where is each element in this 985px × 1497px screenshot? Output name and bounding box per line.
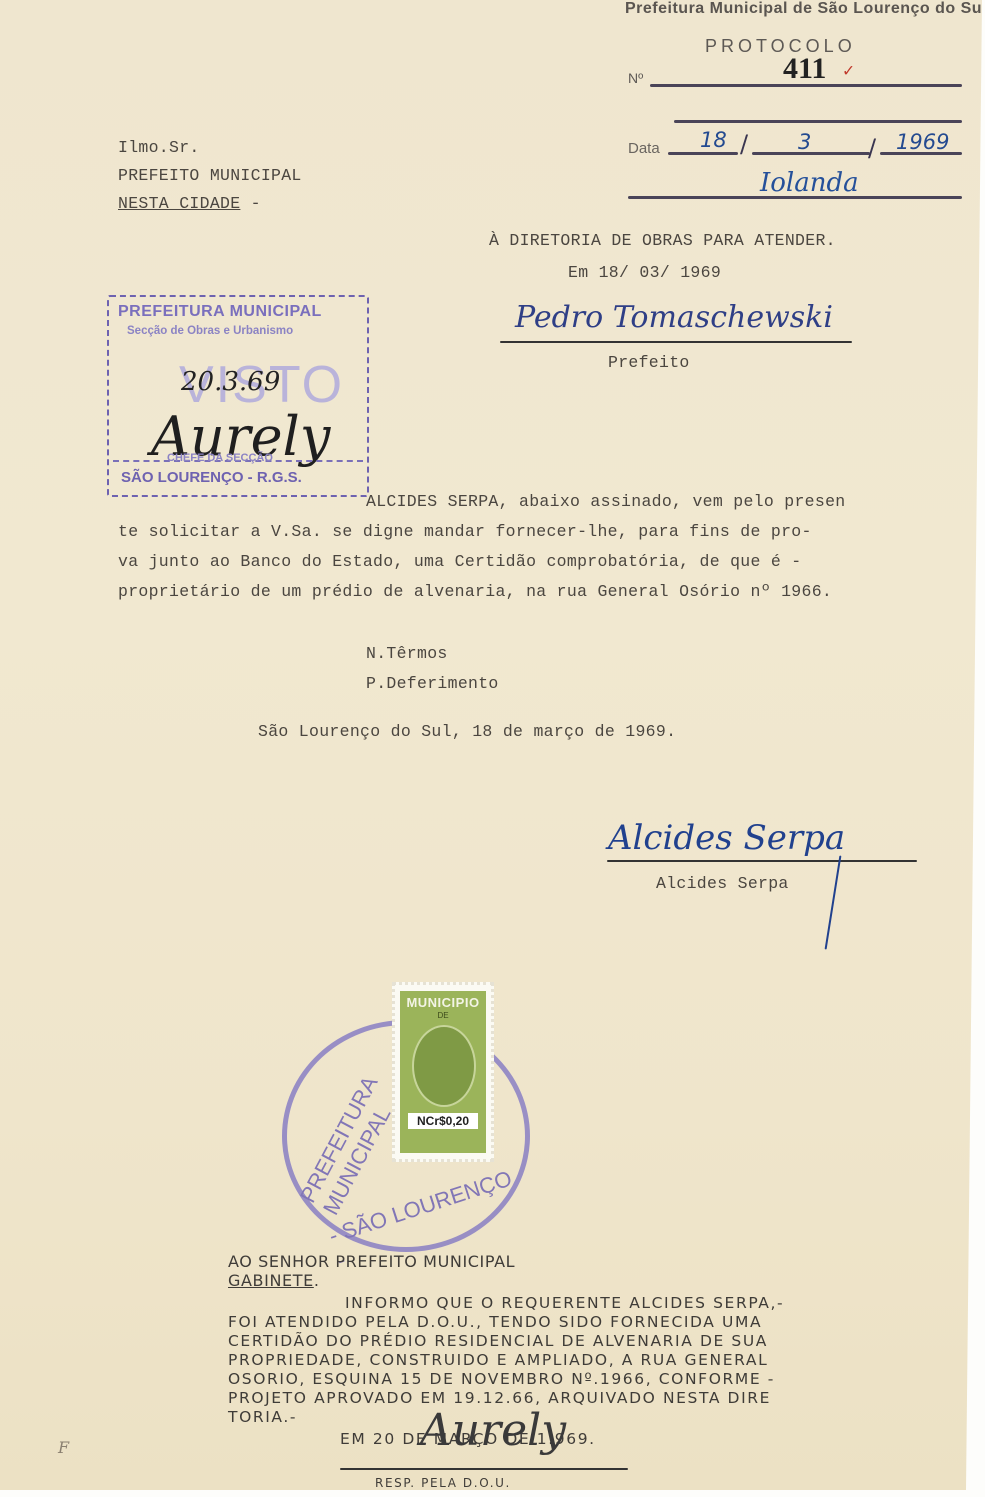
revenue-stamp-face: MUNICIPIO DE NCr$0,20: [400, 991, 486, 1153]
revenue-stamp-value: NCr$0,20: [408, 1113, 478, 1129]
reply-line-5: OSORIO, ESQUINA 15 DE NOVEMBRO Nº.1966, …: [228, 1370, 775, 1388]
protocol-rule-number: [650, 84, 962, 87]
protocol-date-year: 1969: [896, 130, 949, 154]
protocol-number-label: Nº: [628, 70, 643, 86]
margin-mark: F: [58, 1438, 69, 1457]
reply-line-7: TORIA.-: [228, 1408, 297, 1426]
revenue-stamp-de: DE: [400, 1011, 486, 1020]
reply-line-2: FOI ATENDIDO PELA D.O.U., TENDO SIDO FOR…: [228, 1313, 762, 1331]
reply-line-3: CERTIDÃO DO PRÉDIO RESIDENCIAL DE ALVENA…: [228, 1332, 768, 1350]
protocol-title: PROTOCOLO: [705, 36, 856, 57]
visto-chief-label: CHEFE DA SECÇÃO: [167, 452, 273, 464]
reply-signature: Aurely: [420, 1405, 566, 1456]
signature-stroke: [825, 855, 842, 949]
petition-line-4: proprietário de um prédio de alvenaria, …: [118, 582, 832, 601]
visto-handwritten-date: 20.3.69: [181, 367, 280, 397]
closing-termos: N.Têrmos: [366, 644, 448, 663]
mayor-signature-line: [500, 341, 852, 343]
protocol-stamp-header: Prefeitura Municipal de São Lourenço do …: [625, 0, 985, 18]
petitioner-signature: Alcides Serpa: [608, 818, 845, 858]
protocol-date-label: Data: [628, 140, 660, 157]
addressee-salutation: Ilmo.Sr.: [118, 138, 200, 157]
visto-stamp: PREFEITURA MUNICIPAL Secção de Obras e U…: [107, 295, 369, 497]
protocol-rule-blank: [674, 120, 962, 123]
reply-office: GABINETE.: [228, 1271, 320, 1290]
mayor-signature: Pedro Tomaschewski: [515, 300, 833, 335]
reply-line-1: INFORMO QUE O REQUERENTE ALCIDES SERPA,-: [345, 1294, 784, 1312]
closing-deferimento: P.Deferimento: [366, 674, 499, 693]
petition-line-1: ALCIDES SERPA, abaixo assinado, vem pelo…: [366, 492, 845, 511]
petitioner-name: Alcides Serpa: [656, 874, 789, 893]
petition-line-2: te solicitar a V.Sa. se digne mandar for…: [118, 522, 812, 541]
dispatch-instruction: À DIRETORIA DE OBRAS PARA ATENDER.: [489, 231, 836, 250]
place-and-date: São Lourenço do Sul, 18 de março de 1969…: [258, 722, 676, 741]
addressee-dash: -: [240, 194, 260, 213]
date-separator: /: [740, 130, 748, 158]
addressee-city: NESTA CIDADE: [118, 194, 240, 213]
document-page: Prefeitura Municipal de São Lourenço do …: [0, 0, 983, 1490]
petition-line-3: va junto ao Banco do Estado, uma Certidã…: [118, 552, 802, 571]
visto-stamp-title: PREFEITURA MUNICIPAL: [118, 303, 322, 321]
check-mark-icon: ✓: [843, 60, 854, 82]
protocol-number: 411: [783, 52, 826, 86]
protocol-rule-bottom: [628, 196, 962, 199]
reply-line-4: PROPRIEDADE, CONSTRUIDO E AMPLIADO, A RU…: [228, 1351, 768, 1369]
protocol-receiver-signature: Iolanda: [760, 168, 859, 198]
reply-office-name: GABINETE: [228, 1271, 314, 1290]
reply-addressee: AO SENHOR PREFEITO MUNICIPAL: [228, 1252, 515, 1271]
reply-signer-title: RESP. PELA D.O.U.: [375, 1476, 511, 1490]
protocol-rule-day: [668, 152, 738, 155]
visto-stamp-city: SÃO LOURENÇO - R.G.S.: [121, 469, 302, 486]
reply-signature-line: [340, 1468, 628, 1470]
reply-office-dot: .: [314, 1271, 320, 1290]
dispatch-date: Em 18/ 03/ 1969: [568, 263, 721, 282]
mayor-title: Prefeito: [608, 353, 690, 372]
visto-stamp-subtitle: Secção de Obras e Urbanismo: [127, 325, 293, 337]
portrait-icon: [412, 1025, 476, 1107]
petitioner-signature-line: [607, 860, 917, 862]
date-separator: /: [868, 134, 876, 162]
addressee-title: PREFEITO MUNICIPAL: [118, 166, 302, 185]
protocol-date-day: 18: [700, 128, 727, 152]
revenue-stamp-header: MUNICIPIO: [400, 995, 486, 1010]
protocol-date-month: 3: [798, 130, 811, 154]
revenue-stamp: MUNICIPIO DE NCr$0,20: [392, 982, 494, 1162]
addressee-location: NESTA CIDADE -: [118, 194, 261, 213]
